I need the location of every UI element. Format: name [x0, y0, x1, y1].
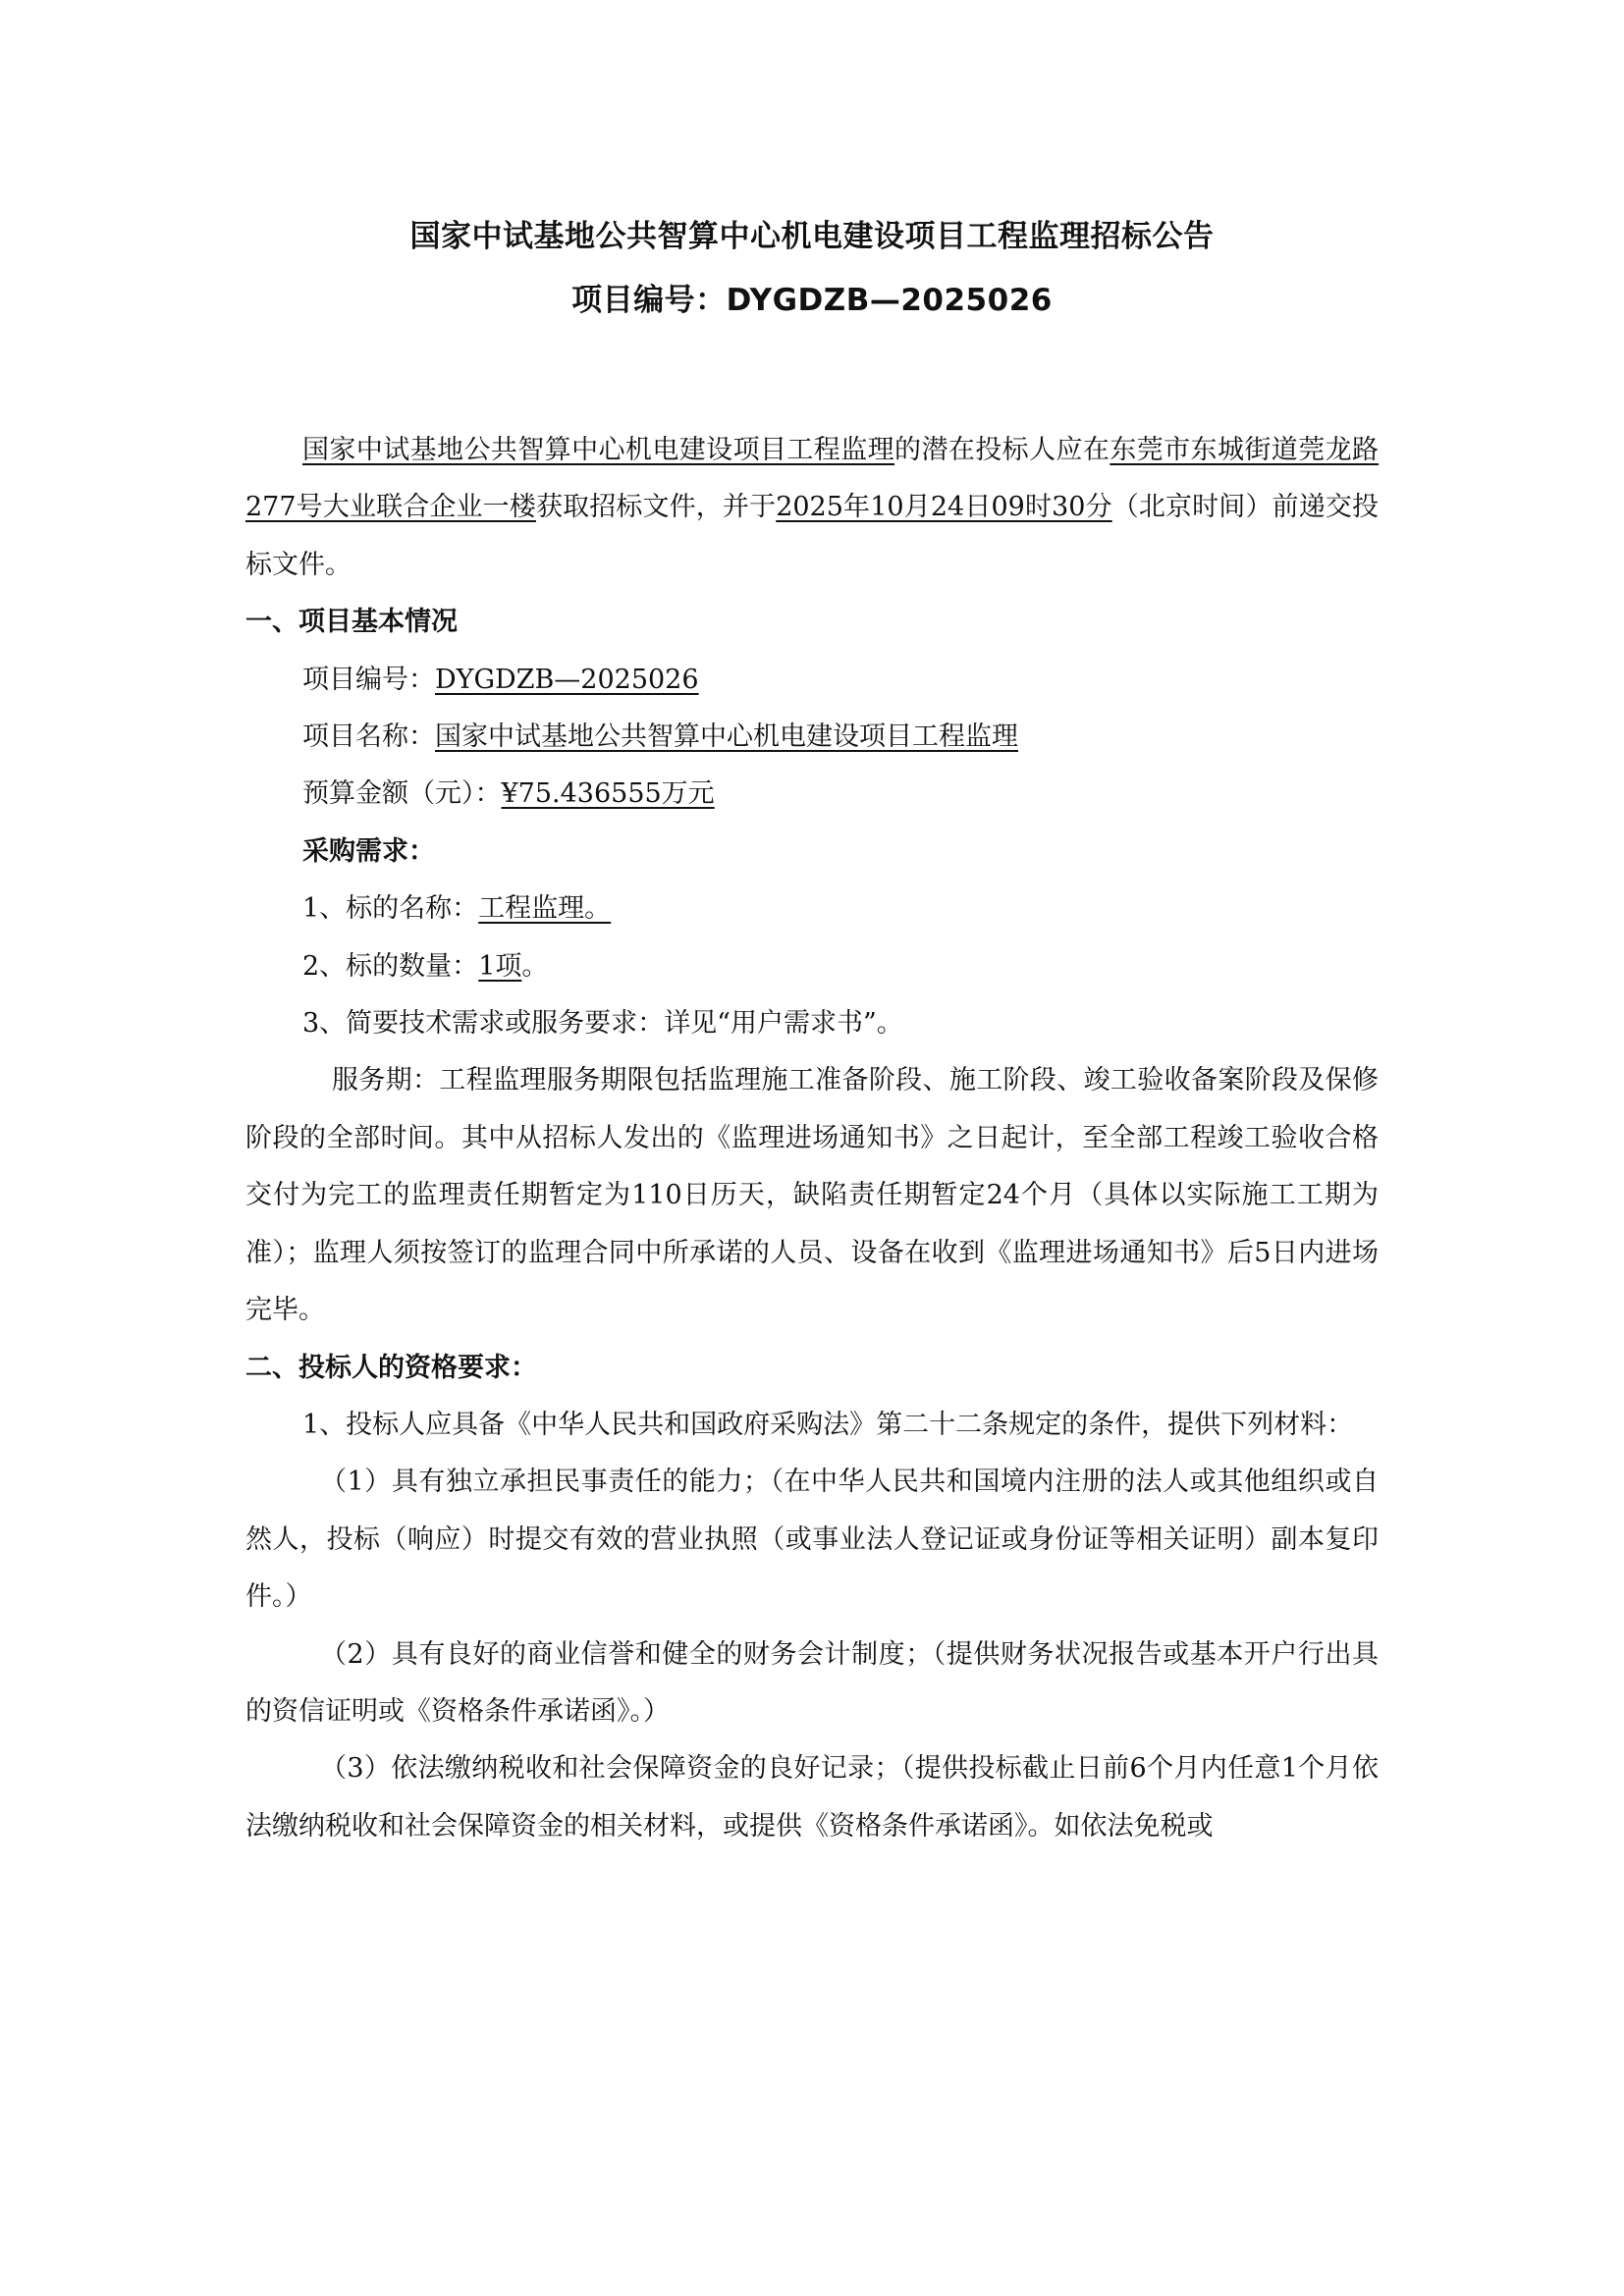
requirement-label: 2、标的数量： [302, 951, 478, 982]
intro-paragraph: 国家中试基地公共智算中心机电建设项目工程监理的潜在投标人应在东莞市东城街道莞龙路… [245, 422, 1379, 594]
section-1-heading: 一、项目基本情况 [245, 594, 1379, 651]
budget-label: 预算金额（元）： [302, 778, 502, 809]
requirement-item: 3、简要技术需求或服务要求：详见“用户需求书”。 [245, 995, 1379, 1052]
document-body: 国家中试基地公共智算中心机电建设项目工程监理的潜在投标人应在东莞市东城街道莞龙路… [245, 422, 1379, 1855]
requirement-value: 详见“用户需求书”。 [664, 1008, 903, 1039]
budget-value: ¥75.436555万元 [502, 778, 715, 809]
project-code-value: DYGDZB—2025026 [727, 283, 1053, 318]
requirement-item: 2、标的数量：1项。 [245, 938, 1379, 995]
requirement-suffix: 。 [521, 951, 548, 982]
procurement-heading: 采购需求： [245, 824, 1379, 881]
project-code-line: 项目编号：DYGDZB—2025026 [245, 652, 1379, 709]
project-code-value: DYGDZB—2025026 [435, 665, 699, 695]
section-2-heading: 二、投标人的资格要求： [245, 1340, 1379, 1397]
requirement-item: 1、标的名称：工程监理。 [245, 881, 1379, 937]
project-name-value: 国家中试基地公共智算中心机电建设项目工程监理 [435, 721, 1018, 752]
requirement-value: 工程监理。 [478, 893, 611, 924]
intro-text-2: 获取招标文件，并于 [536, 492, 776, 522]
document-title: 国家中试基地公共智算中心机电建设项目工程监理招标公告 [245, 211, 1379, 255]
project-code-label: 项目编号： [302, 665, 435, 695]
intro-deadline: 2025年10月24日09时30分 [776, 492, 1112, 522]
project-code-label: 项目编号： [571, 283, 727, 318]
project-name-line: 项目名称：国家中试基地公共智算中心机电建设项目工程监理 [245, 709, 1379, 766]
intro-text-1: 的潜在投标人应在 [894, 435, 1110, 465]
qualification-intro: 1、投标人应具备《中华人民共和国政府采购法》第二十二条规定的条件，提供下列材料： [245, 1397, 1379, 1454]
qualification-item: （2）具有良好的商业信誉和健全的财务会计制度；（提供财务状况报告或基本开户行出具… [245, 1627, 1379, 1741]
service-period-paragraph: 服务期：工程监理服务期限包括监理施工准备阶段、施工阶段、竣工验收备案阶段及保修阶… [245, 1052, 1379, 1339]
qualification-item: （1）具有独立承担民事责任的能力；（在中华人民共和国境内注册的法人或其他组织或自… [245, 1454, 1379, 1626]
intro-project-name: 国家中试基地公共智算中心机电建设项目工程监理 [302, 435, 894, 465]
project-name-label: 项目名称： [302, 721, 435, 752]
requirement-label: 1、标的名称： [302, 893, 478, 924]
qualification-item: （3）依法缴纳税收和社会保障资金的良好记录；（提供投标截止日前6个月内任意1个月… [245, 1740, 1379, 1855]
budget-line: 预算金额（元）：¥75.436555万元 [245, 766, 1379, 823]
requirement-label: 3、简要技术需求或服务要求： [302, 1008, 664, 1039]
requirement-value: 1项 [478, 951, 521, 982]
document-project-code-heading: 项目编号：DYGDZB—2025026 [245, 275, 1379, 319]
